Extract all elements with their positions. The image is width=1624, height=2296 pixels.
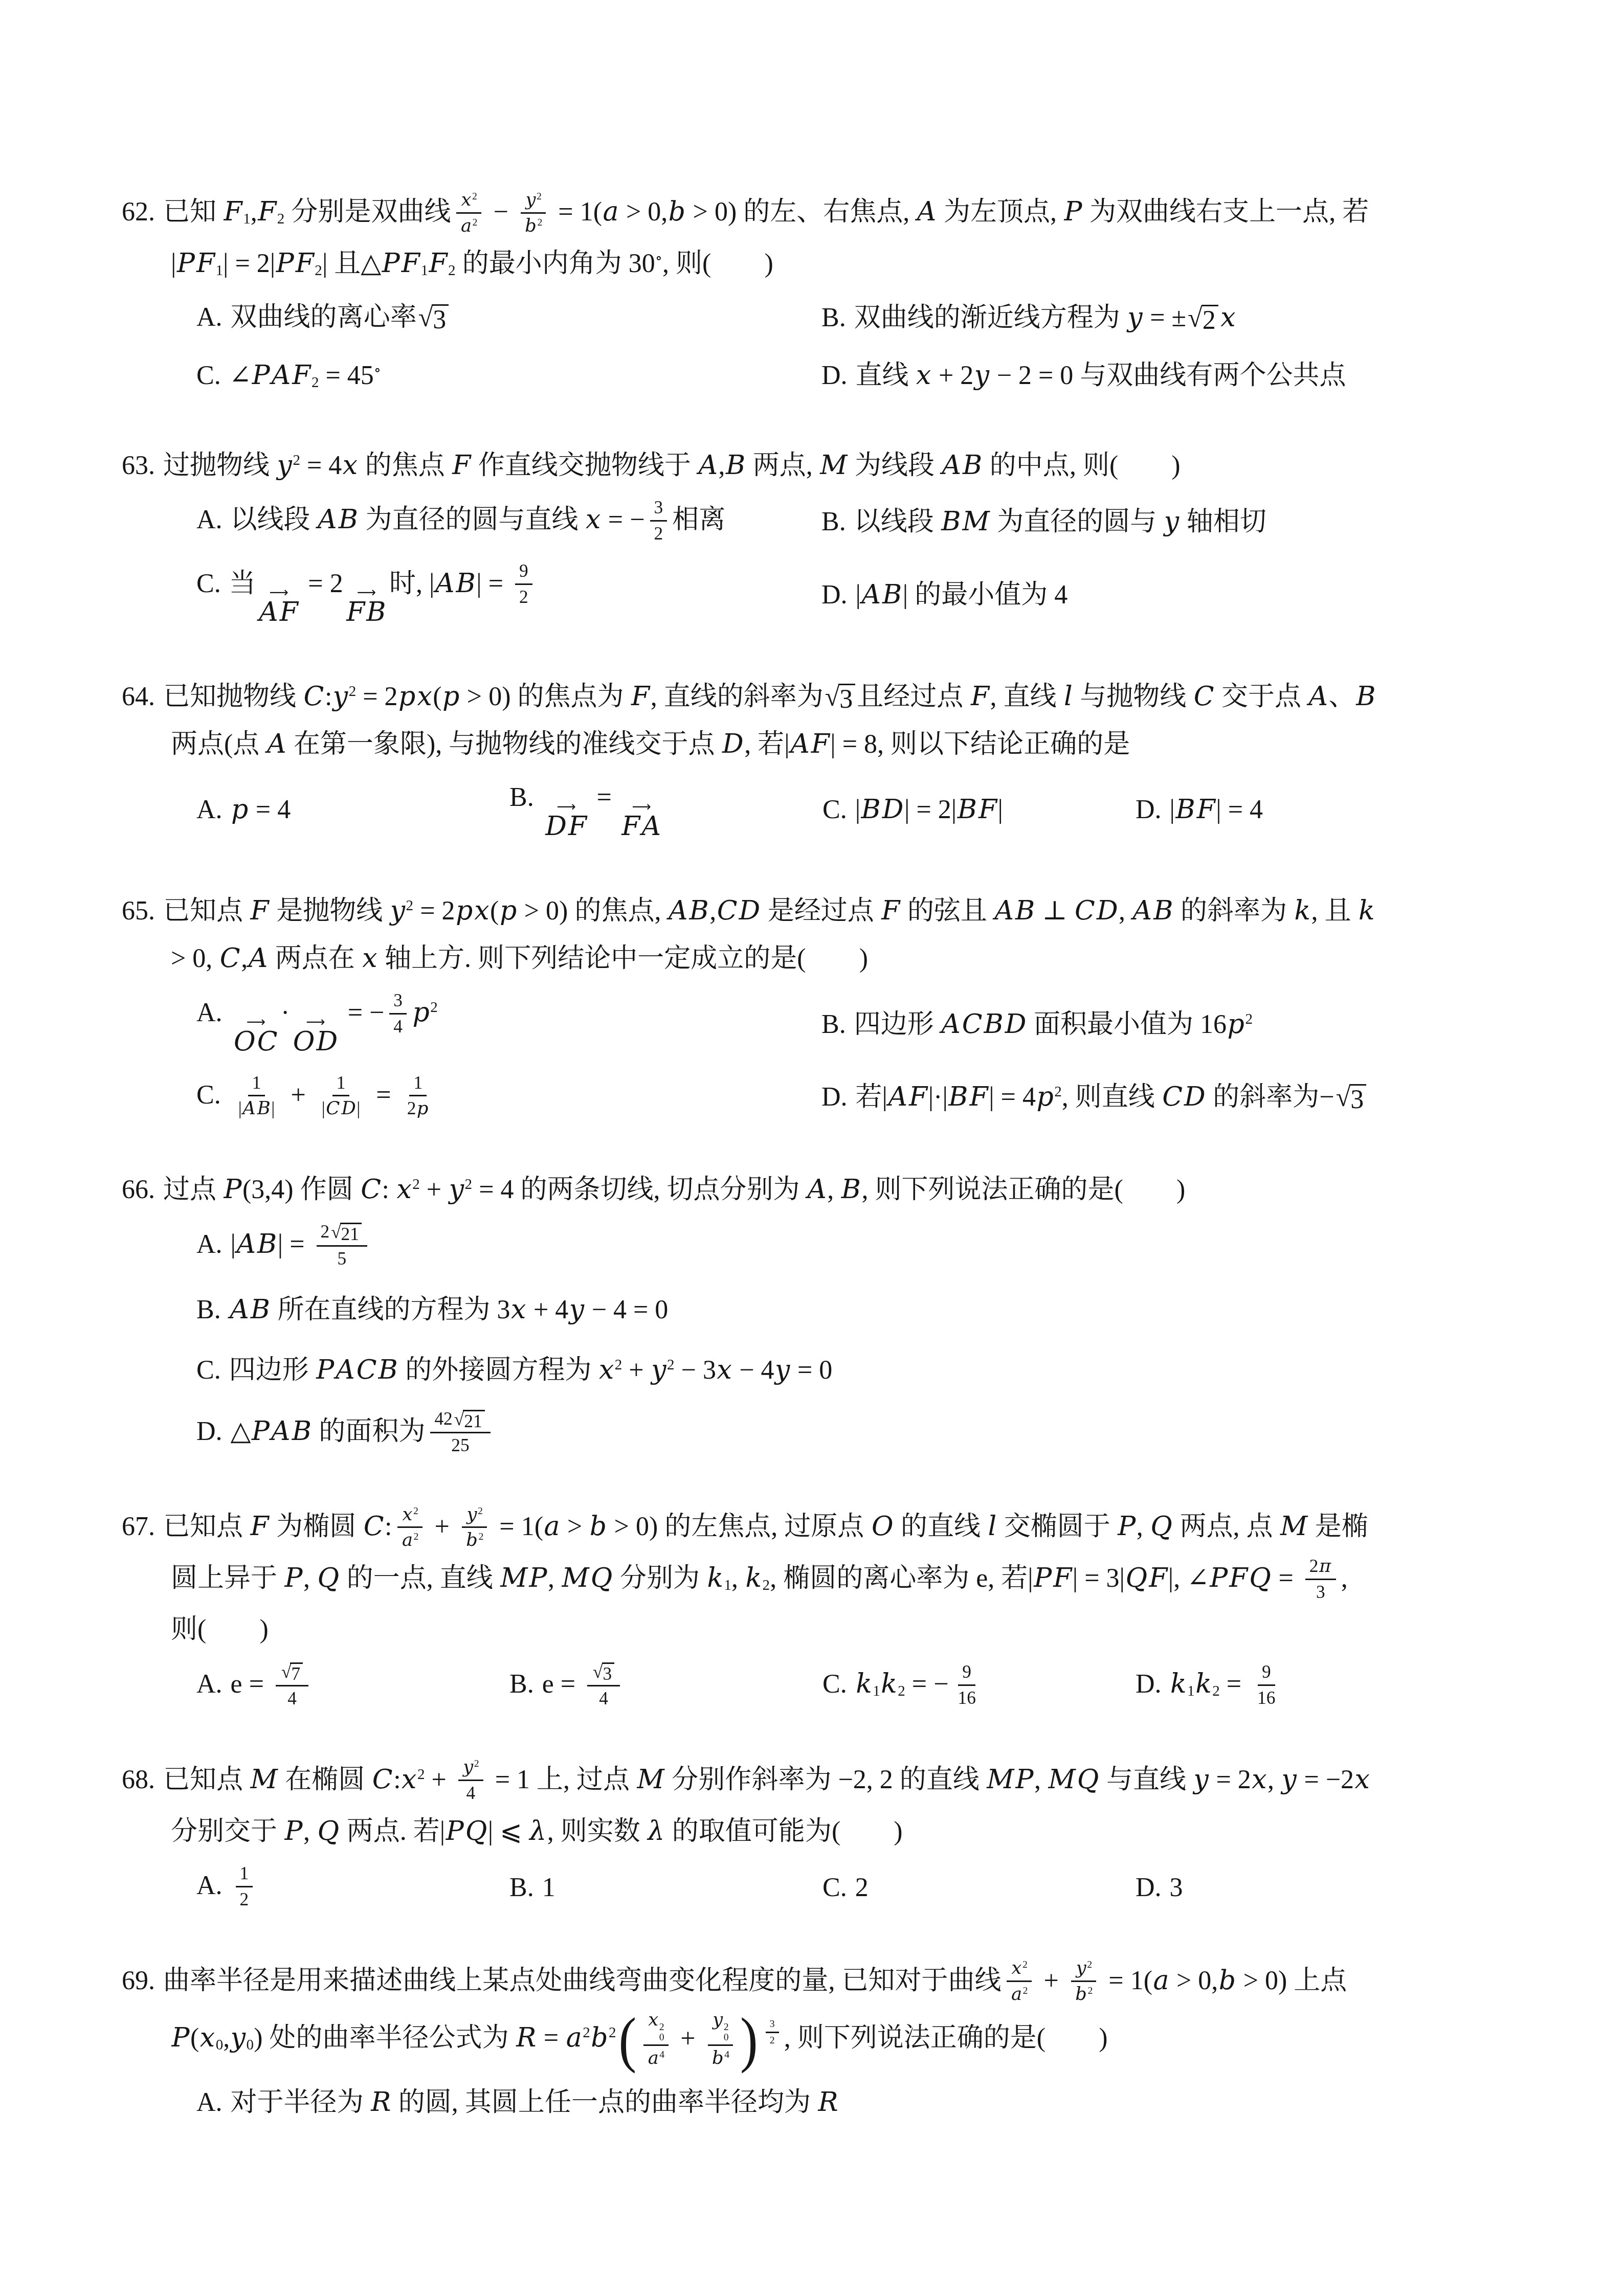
question-68: 68.已知点 M 在椭圆 C:x2 + y24 = 1 上, 过点 M 分别作斜… (122, 1758, 1547, 1912)
options-list: A.双曲线的离心率√3 B.双曲线的渐近线方程为 y = ±√2x C.∠PAF… (196, 297, 1547, 397)
option-text: 12 (231, 1871, 258, 1900)
option-label: A. (196, 1871, 223, 1900)
option-d: D.k1k2 = 916 (1136, 1663, 1547, 1710)
option-label: B. (821, 1010, 846, 1039)
option-c: C.1|AB| + 1|CD| = 12p (196, 1074, 821, 1121)
option-a: A.12 (196, 1864, 509, 1911)
question-number: 67. (122, 1512, 155, 1541)
option-label: B. (509, 783, 534, 812)
stem-line: |PF1| = 2|PF2| 且△PF1F2 的最小内角为 30∘, 则( ) (171, 242, 1547, 285)
option-d: D.|BF| = 4 (1136, 789, 1547, 831)
question-64: 64.已知抛物线 C:y2 = 2px(p > 0) 的焦点为 F, 直线的斜率… (122, 675, 1547, 842)
option-b: B.以线段 BM 为直径的圆与 y 轴相切 (821, 501, 1547, 543)
stem-text: |PF1| = 2|PF2| 且△PF1F2 的最小内角为 30∘, 则( ) (171, 249, 773, 278)
option-text: e = √74 (231, 1670, 314, 1699)
option-c: C.k1k2 = −916 (822, 1663, 1136, 1710)
options-list: A.|AB| = 2√215 B.AB 所在直线的方程为 3x + 4y − 4… (196, 1223, 1547, 1457)
option-label: A. (196, 998, 223, 1027)
stem-text: 两点(点 A 在第一象限), 与抛物线的准线交于点 D, 若|AF| = 8, … (171, 730, 1130, 759)
stem-text: 已知抛物线 C:y2 = 2px(p > 0) 的焦点为 F, 直线的斜率为√3… (163, 682, 1376, 711)
option-b: B.AB 所在直线的方程为 3x + 4y − 4 = 0 (196, 1289, 1547, 1331)
stem-text: 过抛物线 y2 = 4x 的焦点 F 作直线交抛物线于 A,B 两点, M 为线… (163, 451, 1181, 480)
stem-line: > 0, C,A 两点在 x 轴上方. 则下列结论中一定成立的是( ) (171, 937, 1547, 980)
option-text: 直线 x + 2y − 2 = 0 与双曲线有两个公共点 (856, 361, 1346, 390)
stem-line: 69.曲率半径是用来描述曲线上某点处曲线弯曲变化程度的量, 已知对于曲线x2a2… (122, 1959, 1547, 2007)
stem-line: 68.已知点 M 在椭圆 C:x2 + y24 = 1 上, 过点 M 分别作斜… (122, 1758, 1547, 1806)
option-label: A. (196, 2088, 223, 2117)
stem-line: 66.过点 P(3,4) 作圆 C: x2 + y2 = 4 的两条切线, 切点… (122, 1168, 1547, 1211)
option-d: D.△PAB 的面积为42√2125 (196, 1410, 1547, 1458)
option-label: B. (821, 303, 846, 332)
option-label: C. (822, 1873, 847, 1902)
question-number: 65. (122, 896, 155, 926)
option-text: ∠PAF2 = 45∘ (229, 361, 381, 390)
stem-text: 圆上异于 P, Q 的一点, 直线 MP, MQ 分别为 k1, k2, 椭圆的… (171, 1564, 1348, 1593)
options-list: A.p = 4 B.⟶DF = ⟶FA C.|BD| = 2|BF| D.|BF… (196, 777, 1547, 842)
stem-text: 过点 P(3,4) 作圆 C: x2 + y2 = 4 的两条切线, 切点分别为… (163, 1175, 1185, 1204)
stem-line: 则( ) (171, 1608, 1547, 1651)
stem-line: 67.已知点 F 为椭圆 C:x2a2 + y2b2 = 1(a > b > 0… (122, 1505, 1547, 1552)
option-text: AB 所在直线的方程为 3x + 4y − 4 = 0 (229, 1295, 669, 1324)
question-63: 63.过抛物线 y2 = 4x 的焦点 F 作直线交抛物线于 A,B 两点, M… (122, 444, 1547, 628)
option-label: D. (821, 361, 848, 390)
options-list: A.以线段 AB 为直径的圆与直线 x = −32相离 B.以线段 BM 为直径… (196, 499, 1547, 628)
option-text: |BF| = 4 (1170, 795, 1263, 824)
option-d: D.|AB| 的最小值为 4 (821, 574, 1547, 616)
option-text: 以线段 BM 为直径的圆与 y 轴相切 (854, 507, 1266, 536)
option-text: k1k2 = −916 (855, 1670, 985, 1699)
option-text: △PAB 的面积为42√2125 (231, 1417, 496, 1446)
stem-text: > 0, C,A 两点在 x 轴上方. 则下列结论中一定成立的是( ) (171, 944, 868, 973)
option-text: 以线段 AB 为直径的圆与直线 x = −32相离 (231, 505, 726, 534)
option-text: 1|AB| + 1|CD| = 12p (229, 1081, 438, 1110)
stem-line: 两点(点 A 在第一象限), 与抛物线的准线交于点 D, 若|AF| = 8, … (171, 723, 1547, 766)
stem-line: 65.已知点 F 是抛物线 y2 = 2px(p > 0) 的焦点, AB,CD… (122, 889, 1547, 933)
option-d: D.3 (1136, 1867, 1547, 1909)
option-text: 四边形 PACB 的外接圆方程为 x2 + y2 − 3x − 4y = 0 (229, 1356, 833, 1385)
option-a: A.p = 4 (196, 789, 509, 831)
option-text: 对于半径为 R 的圆, 其圆上任一点的曲率半径均为 R (231, 2088, 839, 2117)
option-label: C. (196, 1356, 221, 1385)
option-label: B. (821, 507, 846, 536)
option-b: B.四边形 ACBD 面积最小值为 16p2 (821, 1004, 1547, 1046)
option-text: p = 4 (231, 795, 291, 824)
option-a: A.以线段 AB 为直径的圆与直线 x = −32相离 (196, 499, 821, 546)
option-text: |BD| = 2|BF| (855, 795, 1003, 824)
question-number: 68. (122, 1765, 155, 1794)
stem-line: P(x0,y0) 处的曲率半径公式为 R = a2b2(x20a4 + y20b… (171, 2011, 1547, 2070)
option-label: A. (196, 505, 223, 534)
question-62: 62.已知 F1,F2 分别是双曲线x2a2 − y2b2 = 1(a > 0,… (122, 190, 1547, 397)
option-label: A. (196, 795, 223, 824)
option-d: D.若|AF|·|BF| = 4p2, 则直线 CD 的斜率为−√3 (821, 1076, 1547, 1118)
question-69: 69.曲率半径是用来描述曲线上某点处曲线弯曲变化程度的量, 已知对于曲线x2a2… (122, 1959, 1547, 2124)
stem-line: 63.过抛物线 y2 = 4x 的焦点 F 作直线交抛物线于 A,B 两点, M… (122, 444, 1547, 487)
options-list: A.对于半径为 R 的圆, 其圆上任一点的曲率半径均为 R (196, 2082, 1547, 2124)
option-b: B.1 (509, 1867, 822, 1909)
option-label: D. (1136, 1873, 1162, 1902)
question-66: 66.过点 P(3,4) 作圆 C: x2 + y2 = 4 的两条切线, 切点… (122, 1168, 1547, 1458)
stem-line: 圆上异于 P, Q 的一点, 直线 MP, MQ 分别为 k1, k2, 椭圆的… (171, 1557, 1547, 1604)
option-text: 若|AF|·|BF| = 4p2, 则直线 CD 的斜率为−√3 (856, 1083, 1368, 1112)
question-number: 63. (122, 451, 155, 480)
option-label: B. (509, 1670, 534, 1699)
option-label: D. (196, 1417, 223, 1446)
option-b: B.e = √34 (509, 1662, 822, 1710)
question-number: 64. (122, 682, 155, 711)
stem-text: 曲率半径是用来描述曲线上某点处曲线弯曲变化程度的量, 已知对于曲线x2a2 + … (163, 1966, 1347, 1995)
option-a: A.双曲线的离心率√3 (196, 297, 821, 339)
options-list: A.⟶OC·⟶OD = −34p2 B.四边形 ACBD 面积最小值为 16p2… (196, 992, 1547, 1121)
option-label: B. (196, 1295, 221, 1324)
option-text: |AB| 的最小值为 4 (856, 580, 1068, 610)
option-d: D.直线 x + 2y − 2 = 0 与双曲线有两个公共点 (821, 355, 1547, 397)
option-c: C.四边形 PACB 的外接圆方程为 x2 + y2 − 3x − 4y = 0 (196, 1349, 1547, 1391)
option-text: 双曲线的渐近线方程为 y = ±√2x (854, 303, 1236, 332)
option-label: D. (1136, 1670, 1162, 1699)
option-c: C.|BD| = 2|BF| (822, 789, 1136, 831)
option-text: 双曲线的离心率√3 (231, 303, 451, 332)
option-label: D. (821, 580, 848, 610)
stem-text: 已知点 M 在椭圆 C:x2 + y24 = 1 上, 过点 M 分别作斜率为 … (163, 1765, 1370, 1794)
option-label: C. (196, 569, 221, 598)
question-67: 67.已知点 F 为椭圆 C:x2a2 + y2b2 = 1(a > b > 0… (122, 1505, 1547, 1711)
option-text: 3 (1170, 1873, 1183, 1902)
option-text: e = √34 (542, 1670, 626, 1699)
option-a: A.e = √74 (196, 1662, 509, 1710)
stem-text: 已知 F1,F2 分别是双曲线x2a2 − y2b2 = 1(a > 0,b >… (163, 197, 1369, 227)
exam-page: 62.已知 F1,F2 分别是双曲线x2a2 − y2b2 = 1(a > 0,… (0, 0, 1624, 2296)
option-a: A.|AB| = 2√215 (196, 1223, 1547, 1271)
stem-text: 已知点 F 为椭圆 C:x2a2 + y2b2 = 1(a > b > 0) 的… (163, 1512, 1368, 1541)
options-list: A.12 B.1 C.2 D.3 (196, 1864, 1547, 1911)
option-text: 当⟶AF = 2⟶FB时, |AB| = 92 (229, 569, 538, 598)
stem-text: P(x0,y0) 处的曲率半径公式为 R = a2b2(x20a4 + y20b… (171, 2023, 1107, 2053)
option-label: D. (821, 1083, 848, 1112)
question-number: 69. (122, 1966, 155, 1995)
question-number: 62. (122, 197, 155, 227)
stem-line: 64.已知抛物线 C:y2 = 2px(p > 0) 的焦点为 F, 直线的斜率… (122, 675, 1547, 718)
option-label: A. (196, 1670, 223, 1699)
stem-text: 则( ) (171, 1615, 269, 1644)
option-b: B.双曲线的渐近线方程为 y = ±√2x (821, 297, 1547, 339)
option-c: C.2 (822, 1867, 1136, 1909)
option-label: C. (822, 795, 847, 824)
question-number: 66. (122, 1175, 155, 1204)
option-text: |AB| = 2√215 (231, 1230, 372, 1259)
stem-line: 分别交于 P, Q 两点. 若|PQ| ⩽ λ, 则实数 λ 的取值可能为( ) (171, 1810, 1547, 1853)
stem-line: 62.已知 F1,F2 分别是双曲线x2a2 − y2b2 = 1(a > 0,… (122, 190, 1547, 238)
option-c: C.当⟶AF = 2⟶FB时, |AB| = 92 (196, 562, 821, 628)
option-text: ⟶DF = ⟶FA (542, 783, 664, 812)
stem-text: 分别交于 P, Q 两点. 若|PQ| ⩽ λ, 则实数 λ 的取值可能为( ) (171, 1817, 903, 1846)
option-a: A.⟶OC·⟶OD = −34p2 (196, 992, 821, 1057)
option-label: C. (822, 1670, 847, 1699)
option-label: C. (196, 1081, 221, 1110)
option-text: 四边形 ACBD 面积最小值为 16p2 (854, 1010, 1253, 1039)
option-label: A. (196, 1230, 223, 1259)
option-a: A.对于半径为 R 的圆, 其圆上任一点的曲率半径均为 R (196, 2082, 1547, 2124)
option-text: 2 (855, 1873, 869, 1902)
option-b: B.⟶DF = ⟶FA (509, 777, 822, 842)
option-label: D. (1136, 795, 1162, 824)
question-65: 65.已知点 F 是抛物线 y2 = 2px(p > 0) 的焦点, AB,CD… (122, 889, 1547, 1121)
option-text: 1 (542, 1873, 555, 1902)
option-text: k1k2 = 916 (1170, 1670, 1285, 1699)
option-c: C.∠PAF2 = 45∘ (196, 355, 821, 397)
option-text: ⟶OC·⟶OD = −34p2 (231, 998, 438, 1027)
option-label: C. (196, 361, 221, 390)
stem-text: 已知点 F 是抛物线 y2 = 2px(p > 0) 的焦点, AB,CD 是经… (163, 896, 1375, 926)
option-label: B. (509, 1873, 534, 1902)
options-list: A.e = √74 B.e = √34 C.k1k2 = −916 D.k1k2… (196, 1662, 1547, 1710)
option-label: A. (196, 303, 223, 332)
